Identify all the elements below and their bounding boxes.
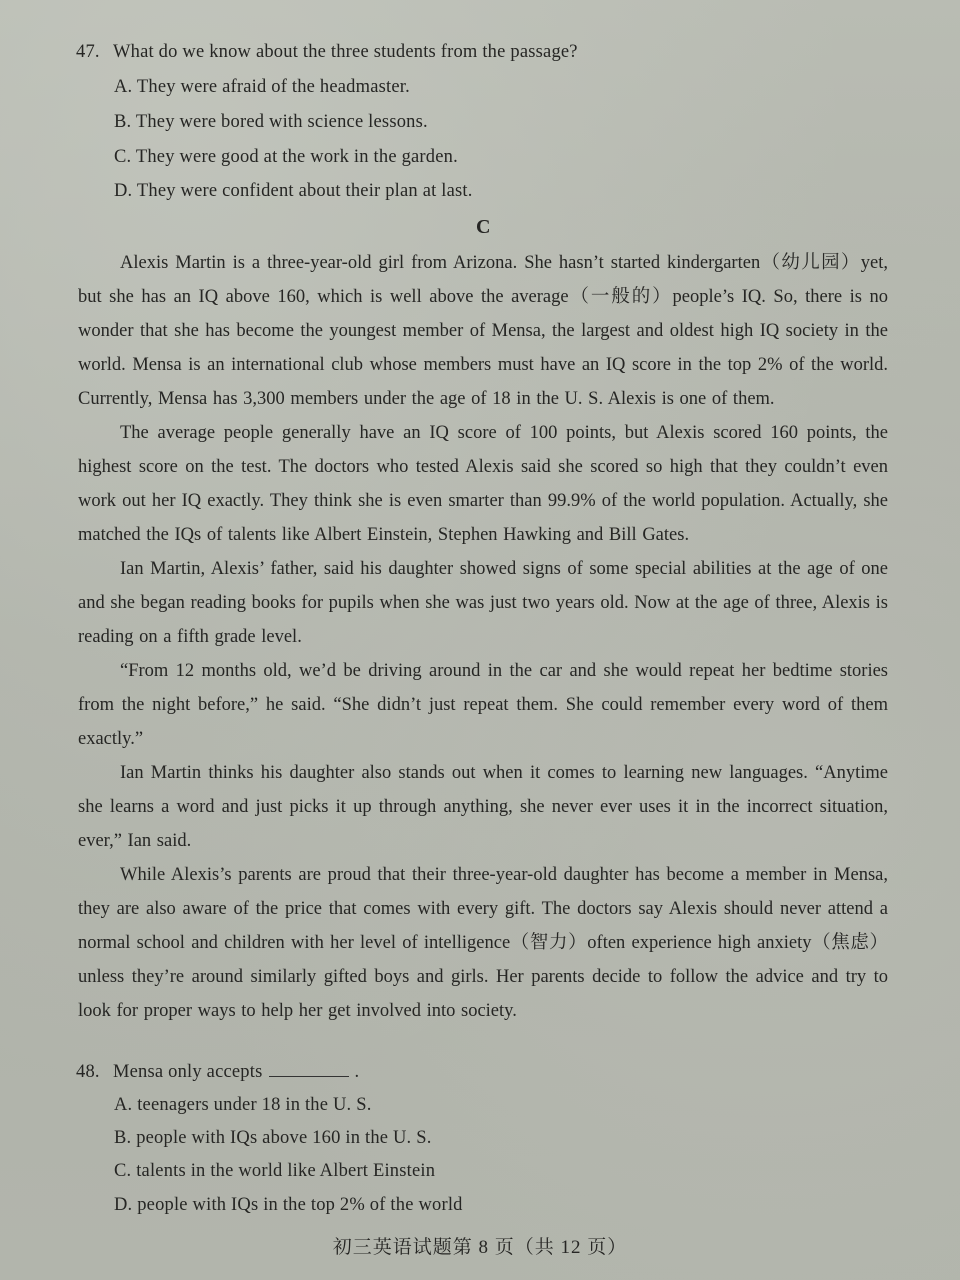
- question-47-stem: 47.What do we know about the three stude…: [76, 42, 578, 63]
- page-footer: 初三英语试题第 8 页（共 12 页）: [0, 1232, 960, 1259]
- question-48-option-a: A. teenagers under 18 in the U. S.: [114, 1095, 372, 1116]
- question-47-option-d: D. They were confident about their plan …: [114, 181, 473, 202]
- question-47-option-a: A. They were afraid of the headmaster.: [114, 77, 410, 98]
- question-48-option-b: B. people with IQs above 160 in the U. S…: [114, 1128, 432, 1149]
- question-48-option-d: D. people with IQs in the top 2% of the …: [114, 1195, 463, 1216]
- question-48-text: Mensa only accepts: [113, 1062, 263, 1082]
- reading-passage: Alexis Martin is a three-year-old girl f…: [78, 246, 888, 1028]
- passage-paragraph: “From 12 months old, we’d be driving aro…: [78, 654, 888, 756]
- section-heading: C: [476, 216, 490, 239]
- question-47-text: What do we know about the three students…: [113, 42, 578, 62]
- passage-paragraph: The average people generally have an IQ …: [78, 416, 888, 552]
- passage-paragraph: While Alexis’s parents are proud that th…: [78, 858, 888, 1028]
- question-48-stem: 48.Mensa only accepts.: [76, 1062, 359, 1083]
- passage-paragraph: Alexis Martin is a three-year-old girl f…: [78, 246, 888, 416]
- question-47-option-b: B. They were bored with science lessons.: [114, 112, 428, 133]
- question-48-stem-end: .: [355, 1062, 360, 1082]
- question-47-option-c: C. They were good at the work in the gar…: [114, 147, 458, 168]
- passage-paragraph: Ian Martin thinks his daughter also stan…: [78, 756, 888, 858]
- passage-paragraph: Ian Martin, Alexis’ father, said his dau…: [78, 552, 888, 654]
- question-48-number: 48.: [76, 1062, 113, 1083]
- exam-page: 47.What do we know about the three stude…: [0, 0, 960, 1280]
- question-47-number: 47.: [76, 42, 113, 63]
- answer-blank: [269, 1062, 349, 1077]
- question-48-option-c: C. talents in the world like Albert Eins…: [114, 1161, 435, 1182]
